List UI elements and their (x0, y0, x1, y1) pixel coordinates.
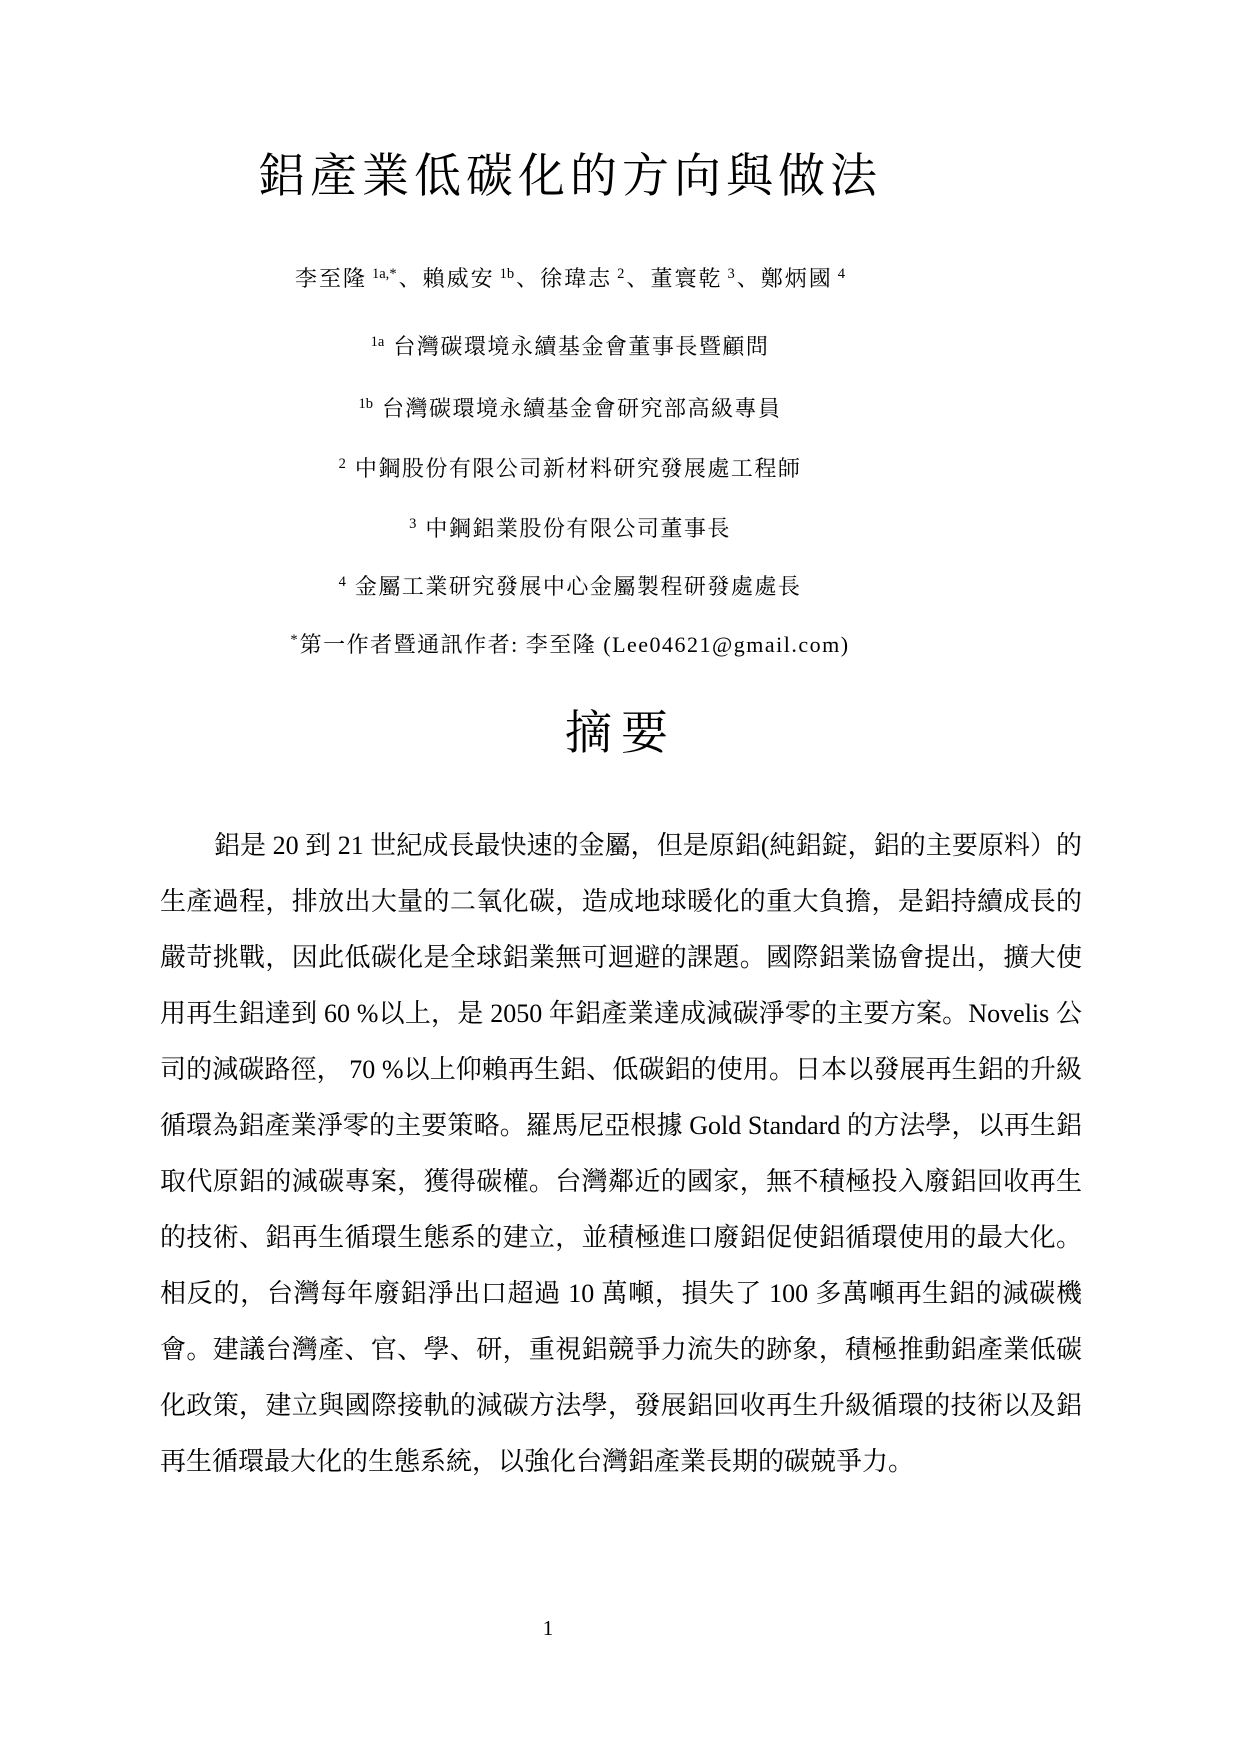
affiliation-text: 台灣碳環境永續基金會研究部高級專員 (382, 396, 782, 421)
affiliation-line-4: 4金屬工業研究發展中心金屬製程研發處處長 (0, 570, 1140, 601)
abstract-heading: 摘要 (160, 704, 1082, 765)
author-name: 賴威安 (423, 266, 495, 291)
author-name: 徐瑋志 (540, 266, 612, 291)
abstract-line: 循環為鋁產業淨零的主要策略。羅馬尼亞根據 Gold Standard 的方法學，… (160, 1098, 1082, 1154)
author-separator: 、 (516, 266, 538, 291)
author-separator: 、 (626, 266, 648, 291)
author: 李至隆1a,* (295, 266, 397, 291)
affiliation-mark: 1b (358, 396, 373, 412)
author: 董寰乾3 (650, 266, 734, 291)
affiliation-line-3: 3中鋼鋁業股份有限公司董事長 (0, 512, 1140, 543)
author-name: 董寰乾 (650, 266, 722, 291)
paper-page: 鋁產業低碳化的方向與做法 李至隆1a,*、賴威安1b、徐瑋志2、董寰乾3、鄭炳國… (0, 0, 1241, 1755)
affiliation-text: 中鋼鋁業股份有限公司董事長 (425, 516, 731, 541)
affiliation-text: 中鋼股份有限公司新材料研究發展處工程師 (355, 456, 802, 481)
author-affiliation-mark: 3 (727, 266, 734, 282)
author: 徐瑋志2 (540, 266, 624, 291)
affiliation-line-1a: 1a台灣碳環境永續基金會董事長暨顧問 (0, 330, 1140, 361)
author-name: 李至隆 (295, 266, 367, 291)
corresponding-author-mark: * (290, 632, 297, 648)
abstract-line: 化政策，建立與國際接軌的減碳方法學，發展鋁回收再生升級循環的技術以及鋁 (160, 1378, 1082, 1434)
affiliation-text: 台灣碳環境永續基金會董事長暨顧問 (393, 334, 769, 359)
author-affiliation-mark: 1a,* (372, 266, 397, 282)
abstract-line: 鋁是 20 到 21 世紀成長最快速的金屬，但是原鋁(純鋁錠，鋁的主要原料）的 (160, 818, 1082, 874)
author-name: 鄭炳國 (761, 266, 833, 291)
affiliation-line-2: 2中鋼股份有限公司新材料研究發展處工程師 (0, 452, 1140, 483)
paper-title: 鋁產業低碳化的方向與做法 (0, 148, 1140, 207)
affiliation-mark: 4 (339, 574, 346, 590)
page-number: 1 (528, 1616, 568, 1641)
affiliation-mark: 3 (409, 516, 416, 532)
author-affiliation-mark: 2 (617, 266, 624, 282)
author-affiliation-mark: 1b (500, 266, 515, 282)
abstract-line: 會。建議台灣產、官、學、研，重視鋁競爭力流失的跡象，積極推動鋁產業低碳 (160, 1322, 1082, 1378)
abstract-line: 生產過程，排放出大量的二氧化碳，造成地球暖化的重大負擔，是鋁持續成長的 (160, 874, 1082, 930)
author-affiliation-mark: 4 (838, 266, 845, 282)
abstract-line: 相反的，台灣每年廢鋁淨出口超過 10 萬噸，損失了 100 多萬噸再生鋁的減碳機 (160, 1266, 1082, 1322)
author-separator: 、 (737, 266, 759, 291)
correspondence-line: *第一作者暨通訊作者: 李至隆 (Lee04621@gmail.com) (0, 628, 1140, 659)
author: 賴威安1b (423, 266, 515, 291)
author: 鄭炳國4 (761, 266, 845, 291)
abstract-line: 用再生鋁達到 60 %以上，是 2050 年鋁產業達成減碳淨零的主要方案。Nov… (160, 986, 1082, 1042)
author-separator: 、 (399, 266, 421, 291)
abstract-line: 嚴苛挑戰，因此低碳化是全球鋁業無可迴避的課題。國際鋁業協會提出，擴大使 (160, 930, 1082, 986)
abstract-line: 再生循環最大化的生態系統，以強化台灣鋁產業長期的碳兢爭力。 (160, 1434, 1082, 1490)
abstract-line: 取代原鋁的減碳專案，獲得碳權。台灣鄰近的國家，無不積極投入廢鋁回收再生 (160, 1154, 1082, 1210)
affiliation-mark: 1a (371, 334, 385, 350)
abstract-line: 的技術、鋁再生循環生態系的建立，並積極進口廢鋁促使鋁循環使用的最大化。 (160, 1210, 1082, 1266)
affiliation-line-1b: 1b台灣碳環境永續基金會研究部高級專員 (0, 392, 1140, 423)
affiliation-text: 金屬工業研究發展中心金屬製程研發處處長 (355, 574, 802, 599)
author-line: 李至隆1a,*、賴威安1b、徐瑋志2、董寰乾3、鄭炳國4 (0, 262, 1140, 293)
abstract-paragraph: 鋁是 20 到 21 世紀成長最快速的金屬，但是原鋁(純鋁錠，鋁的主要原料）的 … (160, 818, 1082, 1490)
affiliation-mark: 2 (339, 456, 346, 472)
abstract-line: 司的減碳路徑， 70 %以上仰賴再生鋁、低碳鋁的使用。日本以發展再生鋁的升級 (160, 1042, 1082, 1098)
correspondence-text: 第一作者暨通訊作者: 李至隆 (Lee04621@gmail.com) (300, 632, 850, 657)
